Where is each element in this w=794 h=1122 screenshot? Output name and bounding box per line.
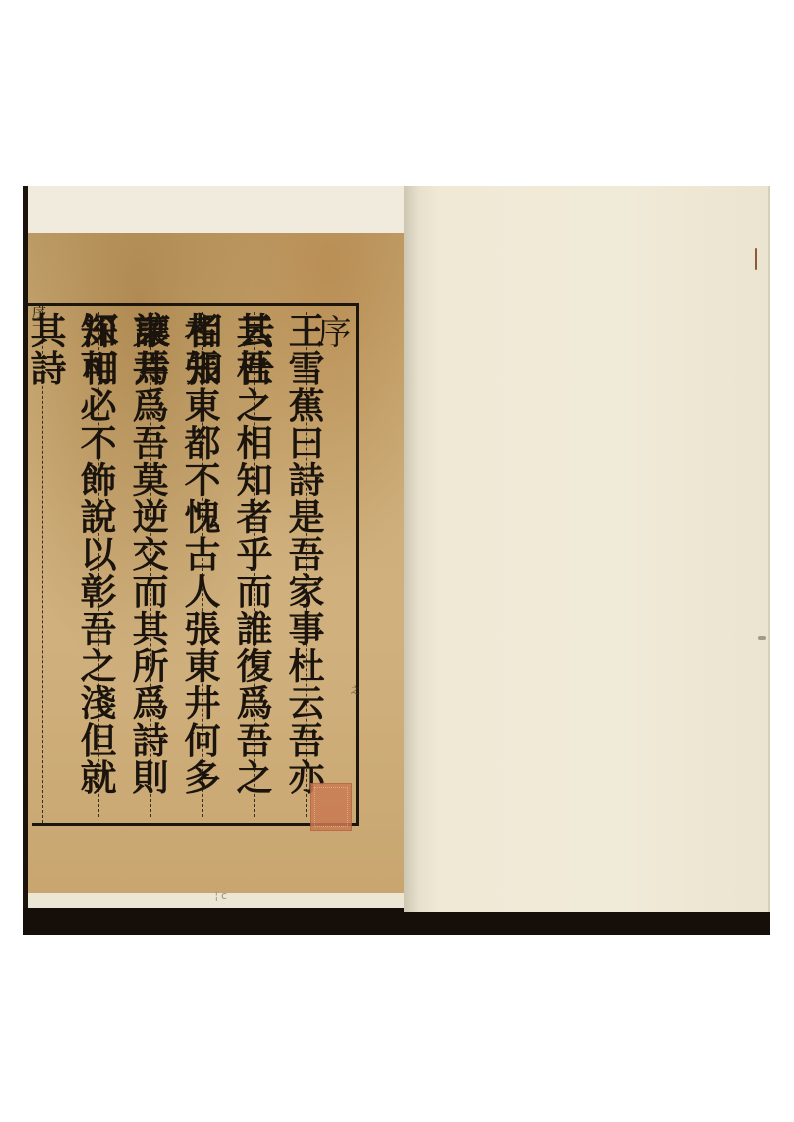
- left-page: 序一 序 王雪蕉曰詩是吾家事杜云吾亦云吾 其杜之相知者乎而誰復爲吾之相知 者張東…: [28, 186, 404, 908]
- printed-leaf: 序一 序 王雪蕉曰詩是吾家事杜云吾亦云吾 其杜之相知者乎而誰復爲吾之相知 者張東…: [28, 233, 404, 893]
- text-column-5: 知可必不飾說以彰吾之淺但就其詩: [46, 306, 96, 823]
- paper-blemish: [758, 636, 766, 640]
- margin-mark: 之: [351, 683, 360, 696]
- text-frame: 序 王雪蕉曰詩是吾家事杜云吾亦云吾 其杜之相知者乎而誰復爲吾之相知 者張東都不愧…: [32, 303, 359, 826]
- seal-pattern: [314, 787, 348, 827]
- ink-speck: [755, 248, 757, 270]
- frame-corner: [26, 303, 34, 306]
- page-edge: [768, 186, 770, 912]
- red-seal-stamp: [310, 783, 352, 831]
- top-margin-strip: [28, 186, 404, 233]
- perforation-mark: ¦c: [213, 889, 228, 902]
- column-text: 知可必不飾說以彰吾之淺但就其詩: [21, 312, 121, 823]
- right-page-blank: [404, 186, 768, 912]
- bottom-margin-strip: ¦c: [28, 893, 404, 908]
